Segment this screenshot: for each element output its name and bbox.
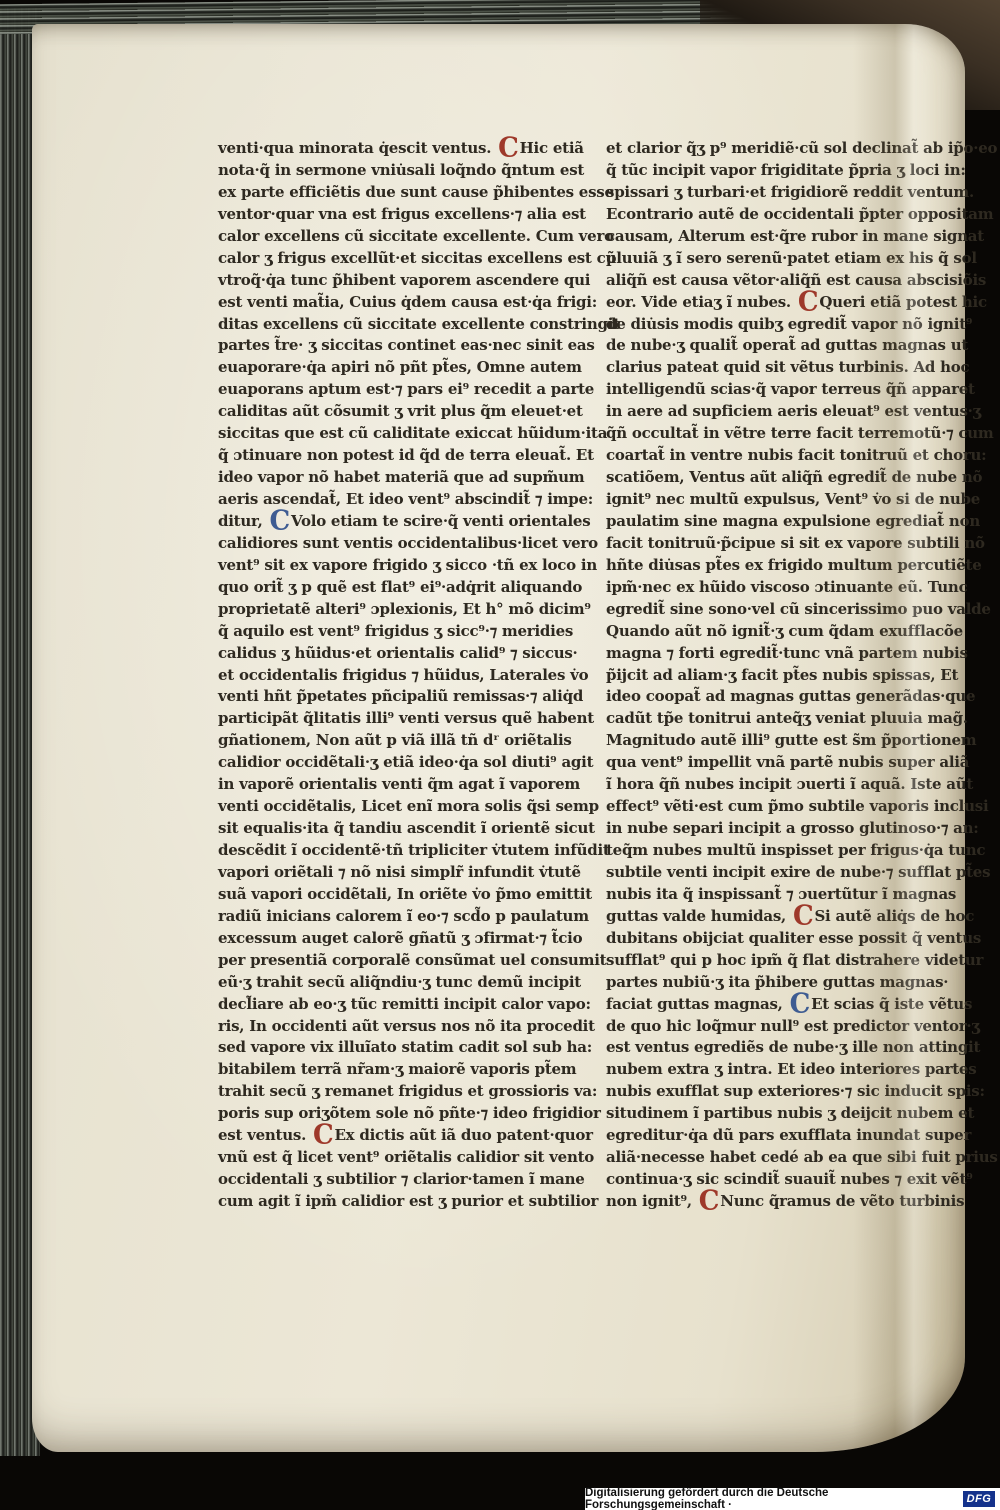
text-line: quo orit̃ ʒ p quẽ est flat⁹ ei⁹·adq̇rit … [218,577,563,599]
text-line: effect⁹ vẽti·est cum p̃mo subtile vapori… [606,796,951,818]
text-line: egredit̃ sine sono·vel cũ sincerissimo p… [606,599,951,621]
text-line: et clarior q̃ʒ p⁹ meridiẽ·cũ sol declina… [606,138,951,160]
text-line: p̃ijcit ad aliam·ʒ facit pt̃es nubis spi… [606,665,951,687]
text-line: facit tonitruũ·p̃cipue si sit ex vapore … [606,533,951,555]
text-line: siccitas que est cũ caliditate exiccat h… [218,423,563,445]
credit-text: Digitalisierung gefördert durch die Deut… [585,1487,957,1510]
text-line: non ignit⁹, CNunc q̃ramus de vẽto turbin… [606,1191,951,1213]
digitization-credit-bar: Digitalisierung gefördert durch die Deut… [585,1488,1000,1510]
text-line: q̃ñ occultat̃ in vẽtre terre facit terre… [606,423,951,445]
text-line: aliq̃ñ est causa vẽtor·aliq̃ñ est causa … [606,270,951,292]
text-line: nubem extra ʒ intra. Et ideo interiores … [606,1059,951,1081]
text-line: q̃ aquilo est vent⁹ frigidus ʒ sicc⁹·⁊ m… [218,621,563,643]
text-line: in nube separi incipit a grosso glutinos… [606,818,951,840]
text-line: bitabilem terrã nr̃am·ʒ maiorẽ vaporis p… [218,1059,563,1081]
text-line: de quo hic loq̃mur null⁹ est predictor v… [606,1016,951,1038]
text-line: euaporare·q̇a apiri nõ pñt pt̃es, Omne a… [218,357,563,379]
text-line: q̃ ɔtinuare non potest id q̃d de terra e… [218,445,563,467]
text-line: Quando aũt nõ ignit̃·ʒ cum q̃dam exuffla… [606,621,951,643]
text-line: cadũt tp̃e tonitrui anteq̃ʒ veniat pluui… [606,708,951,730]
text-line: ventor·quar vna est frigus excellens·⁊ a… [218,204,563,226]
text-line: q̃ tũc incipit vapor frigiditate p̃pria … [606,160,951,182]
text-line: euaporans aptum est·⁊ pars ei⁹ recedit a… [218,379,563,401]
text-line: continua·ʒ sic scindit̃ suauit̃ nubes ⁊ … [606,1169,951,1191]
text-line: egreditur·q̇a dũ pars exufflata inundat … [606,1125,951,1147]
text-line: venti occidẽtalis, Licet enĩ mora solis … [218,796,563,818]
text-line: vnũ est q̃ licet vent⁹ oriẽtalis calidio… [218,1147,563,1169]
text-line: ris, In occidenti aũt versus nos nõ ita … [218,1016,563,1038]
text-column-right: et clarior q̃ʒ p⁹ meridiẽ·cũ sol declina… [606,138,951,1213]
red-capitulum-mark: C [798,294,818,309]
text-line: ditas excellens cũ siccitate excellente … [218,314,563,336]
text-line: intelligendũ scias·q̃ vapor terreus q̃ñ … [606,379,951,401]
text-line: vtroq̃·q̇a tunc p̃hibent vaporem ascende… [218,270,563,292]
text-line: suã vapori occidẽtali, In oriẽte v̇o p̃m… [218,884,563,906]
text-line: sufflat⁹ qui p hoc ipm̃ q̃ flat distrahe… [606,950,951,972]
text-line: paulatim sine magna expulsione egrediat̃… [606,511,951,533]
text-line: calor excellens cũ siccitate excellente.… [218,226,563,248]
text-line: situdinem ĩ partibus nubis ʒ deijcit nub… [606,1103,951,1125]
text-line: ignit⁹ nec multũ expulsus, Vent⁹ v̇o si … [606,489,951,511]
text-line: descẽdit ĩ occidentẽ·tñ tripliciter v̇tu… [218,840,563,862]
text-line: est ventus. CEx dictis aũt iã duo patent… [218,1125,563,1147]
text-line: gñationem, Non aũt p viã illã tñ dʳ oriẽ… [218,730,563,752]
red-capitulum-mark: C [498,141,518,156]
text-line: eũ·ʒ trahit secũ aliq̃ndiu·ʒ tunc demũ i… [218,972,563,994]
text-line: in vaporẽ orientalis venti q̃m agat ĩ va… [218,774,563,796]
manuscript-page: venti·qua minorata q̇escit ventus. CHic … [32,24,965,1452]
text-line: ideo vapor nõ habet materiã que ad supm̃… [218,467,563,489]
text-line: radiũ inicians calorem ĩ eo·⁊ scd̃o p pa… [218,906,563,928]
text-line: in aere ad supficiem aeris eleuat⁹ est v… [606,401,951,423]
text-line: eor. Vide etiaʒ ĩ nubes. CQueri etiã pot… [606,292,951,314]
text-line: venti hñt p̃petates pñcipaliũ remissas·⁊… [218,686,563,708]
text-line: sit equalis·ita q̃ tandiu ascendit ĩ ori… [218,818,563,840]
text-line: de nube·ʒ qualit̃ operat̃ ad guttas magn… [606,335,951,357]
blue-capitulum-mark: C [270,514,290,529]
text-line: calidus ʒ hũidus·et orientalis calid⁹ ⁊ … [218,643,563,665]
text-line: et occidentalis frigidus ⁊ hũidus, Later… [218,665,563,687]
text-line: vapori oriẽtali ⁊ nõ nisi simplr̃ infund… [218,862,563,884]
text-line: per presentiã corporalẽ consũmat uel con… [218,950,563,972]
text-line: partes nubiũ·ʒ ita p̃hibere guttas magna… [606,972,951,994]
text-line: partes t̃re· ʒ siccitas continet eas·nec… [218,335,563,357]
text-line: causam, Alterum est·q̃re rubor in mane s… [606,226,951,248]
text-column-left: venti·qua minorata q̇escit ventus. CHic … [218,138,563,1213]
text-line: nubis exufflat sup exteriores·⁊ sic indu… [606,1081,951,1103]
red-capitulum-mark: C [699,1194,719,1209]
text-line: de diu̇sis modis quibʒ egredit̃ vapor nõ… [606,314,951,336]
text-line: scatiõem, Ventus aũt aliq̃ñ egredit̃ de … [606,467,951,489]
text-line: spissari ʒ turbari·et frigidiorẽ reddit … [606,182,951,204]
text-line: cum agit ĩ ipm̃ calidior est ʒ purior et… [218,1191,563,1213]
text-line: Econtrario autẽ de occidentali p̃pter op… [606,204,951,226]
text-line: est ventus egrediẽs de nube·ʒ ille non a… [606,1037,951,1059]
dfg-logo: DFG [963,1491,995,1507]
text-line: vent⁹ sit ex vapore frigido ʒ sicco ·tñ … [218,555,563,577]
text-line: venti·qua minorata q̇escit ventus. CHic … [218,138,563,160]
text-line: pluuiã ʒ ĩ sero serenũ·patet etiam ex hi… [606,248,951,270]
text-line: qua vent⁹ impellit vnã partẽ nubis super… [606,752,951,774]
red-capitulum-mark: C [793,908,813,923]
text-line: decl̃iare ab eo·ʒ tũc remitti incipit ca… [218,994,563,1016]
text-line: est venti mat̃ia, Cuius q̇dem causa est·… [218,292,563,314]
text-line: ipm̃·nec ex hũido viscoso ɔtinuante eũ. … [606,577,951,599]
text-line: magna ⁊ forti egredit̃·tunc vnã partem n… [606,643,951,665]
text-line: coartat̃ in ventre nubis facit tonitruũ … [606,445,951,467]
text-line: participãt q̃litatis illi⁹ venti versus … [218,708,563,730]
text-line: calidior occidẽtali·ʒ etiã ideo·q̇a sol … [218,752,563,774]
text-line: excessum auget calorẽ gñatũ ʒ ɔfirmat·⁊ … [218,928,563,950]
text-line: dubitans obijciat qualiter esse possit q… [606,928,951,950]
text-line: clarius pateat quid sit vẽtus turbinis. … [606,357,951,379]
text-line: aliã·necesse habet cedé ab ea que sibi f… [606,1147,951,1169]
text-line: caliditas aũt cõsumit ʒ vrit plus q̃m el… [218,401,563,423]
red-capitulum-mark: C [313,1128,333,1143]
text-line: hñte diu̇sas pt̃es ex frigido multum per… [606,555,951,577]
text-line: proprietatẽ alteri⁹ ɔplexionis, Et h° mõ… [218,599,563,621]
text-line: ideo coopat̃ ad magnas guttas generãdas·… [606,686,951,708]
text-line: nubis ita q̃ inspissant̃ ⁊ ɔuertũtur ĩ m… [606,884,951,906]
text-line: occidentali ʒ subtilior ⁊ clarior·tamen … [218,1169,563,1191]
text-line: sed vapore vix illuĩato statim cadit sol… [218,1037,563,1059]
text-line: Magnitudo autẽ illi⁹ gutte est s̃m p̃por… [606,730,951,752]
text-line: poris sup oriʒõtem sole nõ pñte·⁊ ideo f… [218,1103,563,1125]
text-line: subtile venti incipit exire de nube·⁊ su… [606,862,951,884]
text-line: trahit secũ ʒ remanet frigidus et grossi… [218,1081,563,1103]
text-line: guttas valde humidas, CSi autẽ aliq̇s de… [606,906,951,928]
blue-capitulum-mark: C [790,996,810,1011]
text-line: ĩ hora q̃ñ nubes incipit ɔuerti ĩ aquã. … [606,774,951,796]
text-line: ex parte efficiẽtis due sunt cause p̃hib… [218,182,563,204]
text-line: teq̃m nubes multũ inspisset per frigus·q… [606,840,951,862]
text-line: calor ʒ frigus excellũt·et siccitas exce… [218,248,563,270]
text-line: ditur, CVolo etiam te scire·q̃ venti ori… [218,511,563,533]
text-line: faciat guttas magnas, CEt scias q̃ iste … [606,994,951,1016]
